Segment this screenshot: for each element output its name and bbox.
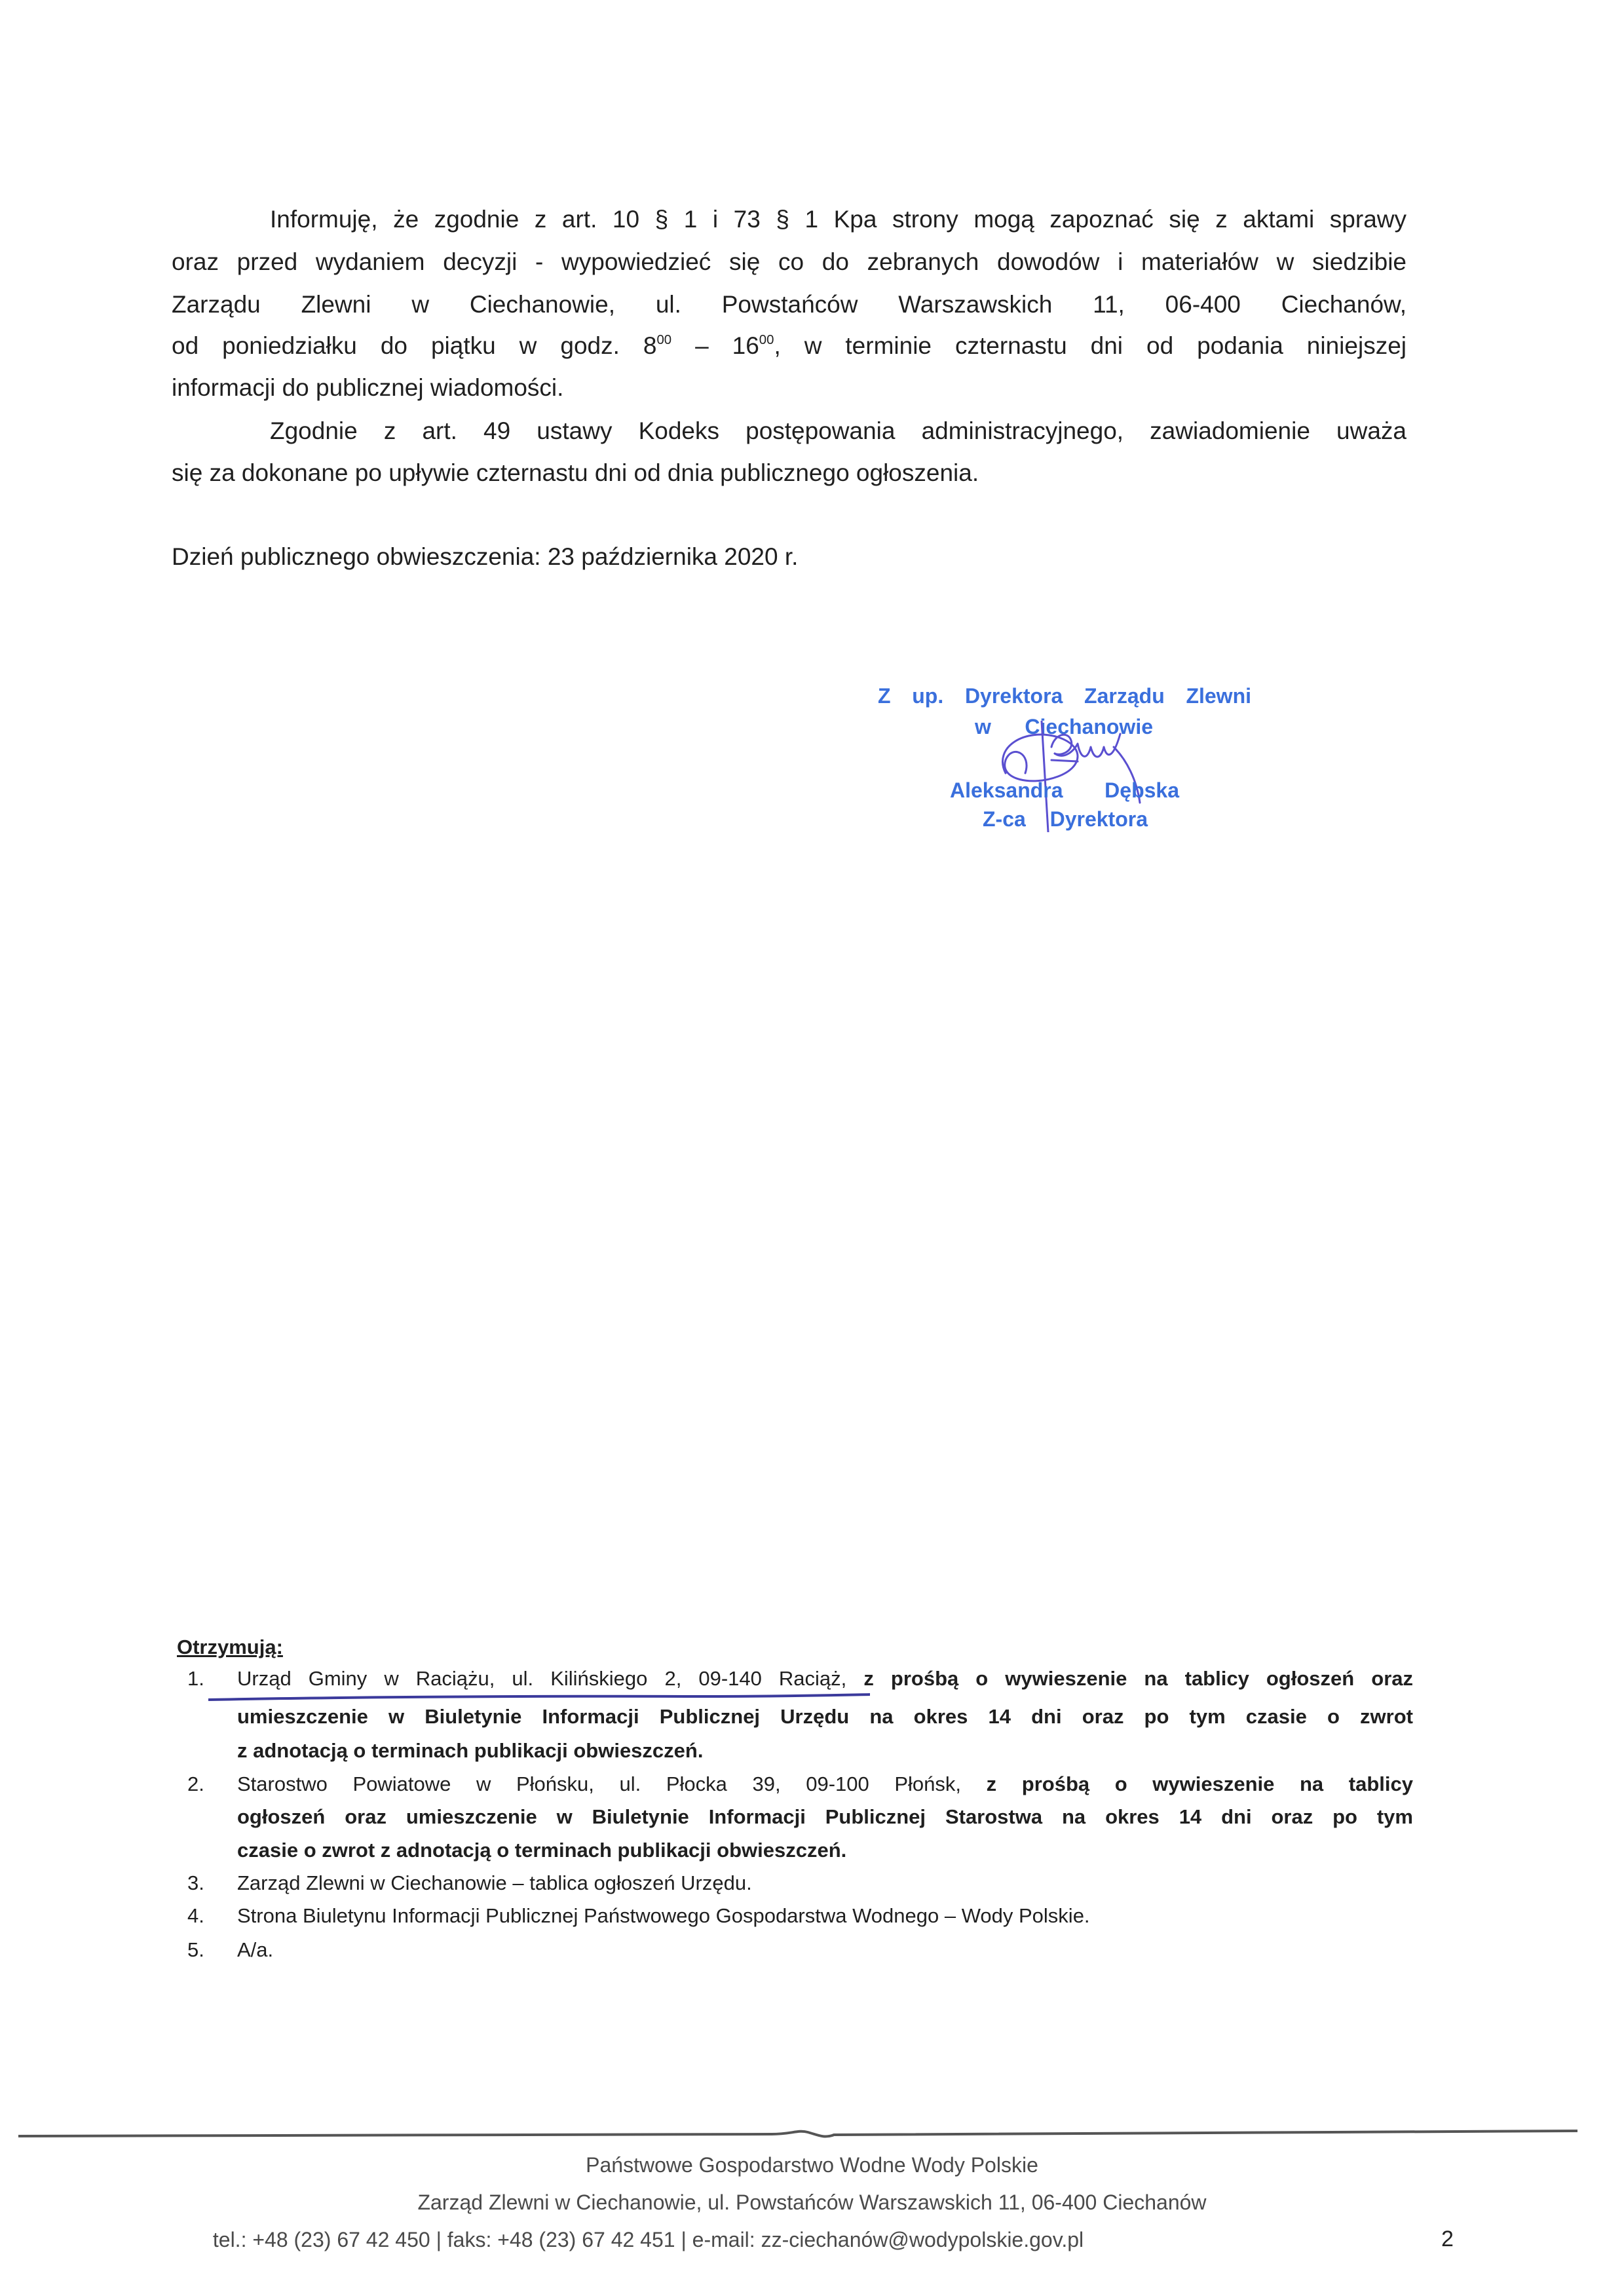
hours-prefix: od poniedziałku do piątku w godz. — [172, 332, 620, 359]
paragraph2-line2: się za dokonane po upływie czternastu dn… — [172, 461, 979, 485]
recipient-number: 1. — [187, 1668, 204, 1689]
footer-organization: Państwowe Gospodarstwo Wodne Wody Polski… — [0, 2154, 1624, 2175]
paragraph1-line2: oraz przed wydaniem decyzji - wypowiedzi… — [172, 250, 1407, 274]
announcement-date: Dzień publicznego obwieszczenia: 23 paźd… — [172, 545, 798, 569]
footer-contact: tel.: +48 (23) 67 42 450 | faks: +48 (23… — [0, 2229, 1460, 2250]
footer-address: Zarząd Zlewni w Ciechanowie, ul. Powstań… — [0, 2192, 1624, 2213]
recipient-line: A/a. — [237, 1940, 273, 1960]
stamp-signatory-title: Z-ca Dyrektora — [983, 809, 1148, 830]
paragraph1-line4: od poniedziałku do piątku w godz. 800 – … — [172, 334, 1407, 358]
paragraph1-line1: Informuję, że zgodnie z art. 10 § 1 i 73… — [270, 207, 1407, 231]
stamp-line-authority: Z up. Dyrektora Zarządu Zlewni — [878, 685, 1251, 706]
recipient-line: Urząd Gminy w Raciążu, ul. Kilińskiego 2… — [237, 1668, 1413, 1689]
recipient-number: 5. — [187, 1940, 204, 1960]
pen-underline-mark — [208, 1693, 870, 1704]
stamp-signatory-name: Aleksandra Dębska — [950, 780, 1179, 801]
recipient-line: Strona Biuletynu Informacji Publicznej P… — [237, 1905, 1090, 1926]
recipient-line: Zarząd Zlewni w Ciechanowie – tablica og… — [237, 1873, 752, 1893]
recipient-line: umieszczenie w Biuletynie Informacji Pub… — [237, 1706, 1413, 1727]
footer-divider — [18, 2126, 1577, 2140]
hours-suffix: , w terminie czternastu dni od podania n… — [774, 332, 1407, 359]
paragraph1-line5: informacji do publicznej wiadomości. — [172, 375, 563, 400]
office-hours: 800 – 1600 — [643, 332, 774, 359]
recipients-heading: Otrzymują: — [177, 1637, 283, 1657]
recipient-number: 3. — [187, 1873, 204, 1893]
paragraph1-line3: Zarządu Zlewni w Ciechanowie, ul. Powsta… — [172, 292, 1407, 316]
recipient-number: 4. — [187, 1905, 204, 1926]
paragraph2-line1: Zgodnie z art. 49 ustawy Kodeks postępow… — [270, 419, 1407, 443]
recipient-line: czasie o zwrot z adnotacją o terminach p… — [237, 1840, 846, 1860]
document-page: Informuję, że zgodnie z art. 10 § 1 i 73… — [0, 0, 1624, 2296]
page-number: 2 — [1441, 2228, 1454, 2250]
recipient-number: 2. — [187, 1774, 204, 1794]
recipient-line: Starostwo Powiatowe w Płońsku, ul. Płock… — [237, 1774, 1413, 1794]
recipient-line: z adnotacją o terminach publikacji obwie… — [237, 1740, 703, 1761]
recipient-line: ogłoszeń oraz umieszczenie w Biuletynie … — [237, 1807, 1413, 1827]
